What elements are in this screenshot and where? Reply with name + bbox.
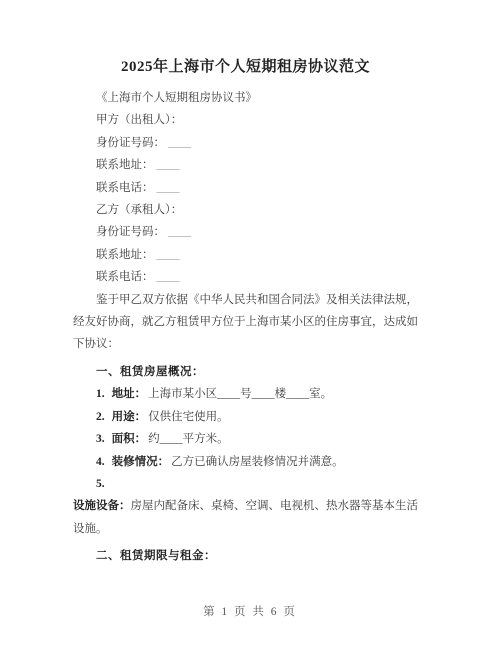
blank-line: ____ — [168, 137, 191, 149]
preamble-paragraph: 鉴于甲乙双方依据《中华人民共和国合同法》及相关法律法规，经友好协商，就乙方租赁甲… — [73, 289, 418, 356]
contract-item-usage: 2.用途：仅供住宅使用。 — [73, 406, 418, 428]
blank-line: ____ — [157, 249, 180, 261]
party-b-id-line: 身份证号码：____ — [73, 221, 418, 243]
section-2-heading: 二、租赁期限与租金： — [73, 545, 418, 567]
item-label: 用途： — [112, 411, 147, 423]
item-number: 4. — [96, 456, 105, 468]
item-label: 装修情况： — [112, 456, 170, 468]
agreement-subtitle: 《上海市个人短期租房协议书》 — [73, 87, 418, 109]
document-content: 2025年上海市个人短期租房协议范文 《上海市个人短期租房协议书》 甲方（出租人… — [0, 0, 500, 568]
blank-line: ____ — [157, 159, 180, 171]
blank-line: ____ — [168, 226, 191, 238]
field-label: 身份证号码： — [96, 137, 165, 149]
contract-item-5: 5. — [73, 473, 418, 495]
item-label: 地址： — [112, 388, 147, 400]
item-number: 3. — [96, 433, 105, 445]
facilities-paragraph: 设施设备：房屋内配备床、桌椅、空调、电视机、热水器等基本生活设施。 — [73, 495, 418, 540]
field-label: 联系地址： — [96, 249, 154, 261]
item-text: 上海市某小区____号____楼____室。 — [148, 388, 332, 400]
facilities-label: 设施设备： — [73, 500, 131, 512]
party-a-address-line: 联系地址：____ — [73, 154, 418, 176]
party-a-title-line: 甲方（出租人）： — [73, 109, 418, 131]
field-label: 联系电话： — [96, 182, 154, 194]
field-label: 联系电话： — [96, 271, 154, 283]
item-number: 5. — [96, 478, 105, 490]
field-label: 身份证号码： — [96, 226, 165, 238]
section-1-heading: 一、租赁房屋概况： — [73, 361, 418, 383]
item-number: 2. — [96, 411, 105, 423]
item-text: 约____平方米。 — [148, 433, 229, 445]
contract-item-area: 3.面积：约____平方米。 — [73, 428, 418, 450]
item-text: 仅供住宅使用。 — [148, 411, 229, 423]
document-page: 2025年上海市个人短期租房协议范文 《上海市个人短期租房协议书》 甲方（出租人… — [0, 0, 500, 647]
party-a-id-line: 身份证号码：____ — [73, 132, 418, 154]
party-b-address-line: 联系地址：____ — [73, 244, 418, 266]
party-a-phone-line: 联系电话：____ — [73, 177, 418, 199]
contract-item-decoration: 4.装修情况：乙方已确认房屋装修情况并满意。 — [73, 451, 418, 473]
blank-line: ____ — [157, 182, 180, 194]
party-b-title-line: 乙方（承租人）： — [73, 199, 418, 221]
field-label: 联系地址： — [96, 159, 154, 171]
page-number: 第 1 页 共 6 页 — [0, 603, 500, 619]
item-text: 乙方已确认房屋装修情况并满意。 — [171, 456, 344, 468]
item-number: 1. — [96, 388, 105, 400]
contract-item-address: 1.地址：上海市某小区____号____楼____室。 — [73, 383, 418, 405]
party-b-phone-line: 联系电话：____ — [73, 266, 418, 288]
document-title: 2025年上海市个人短期租房协议范文 — [73, 54, 418, 80]
blank-line: ____ — [157, 271, 180, 283]
item-label: 面积： — [112, 433, 147, 445]
